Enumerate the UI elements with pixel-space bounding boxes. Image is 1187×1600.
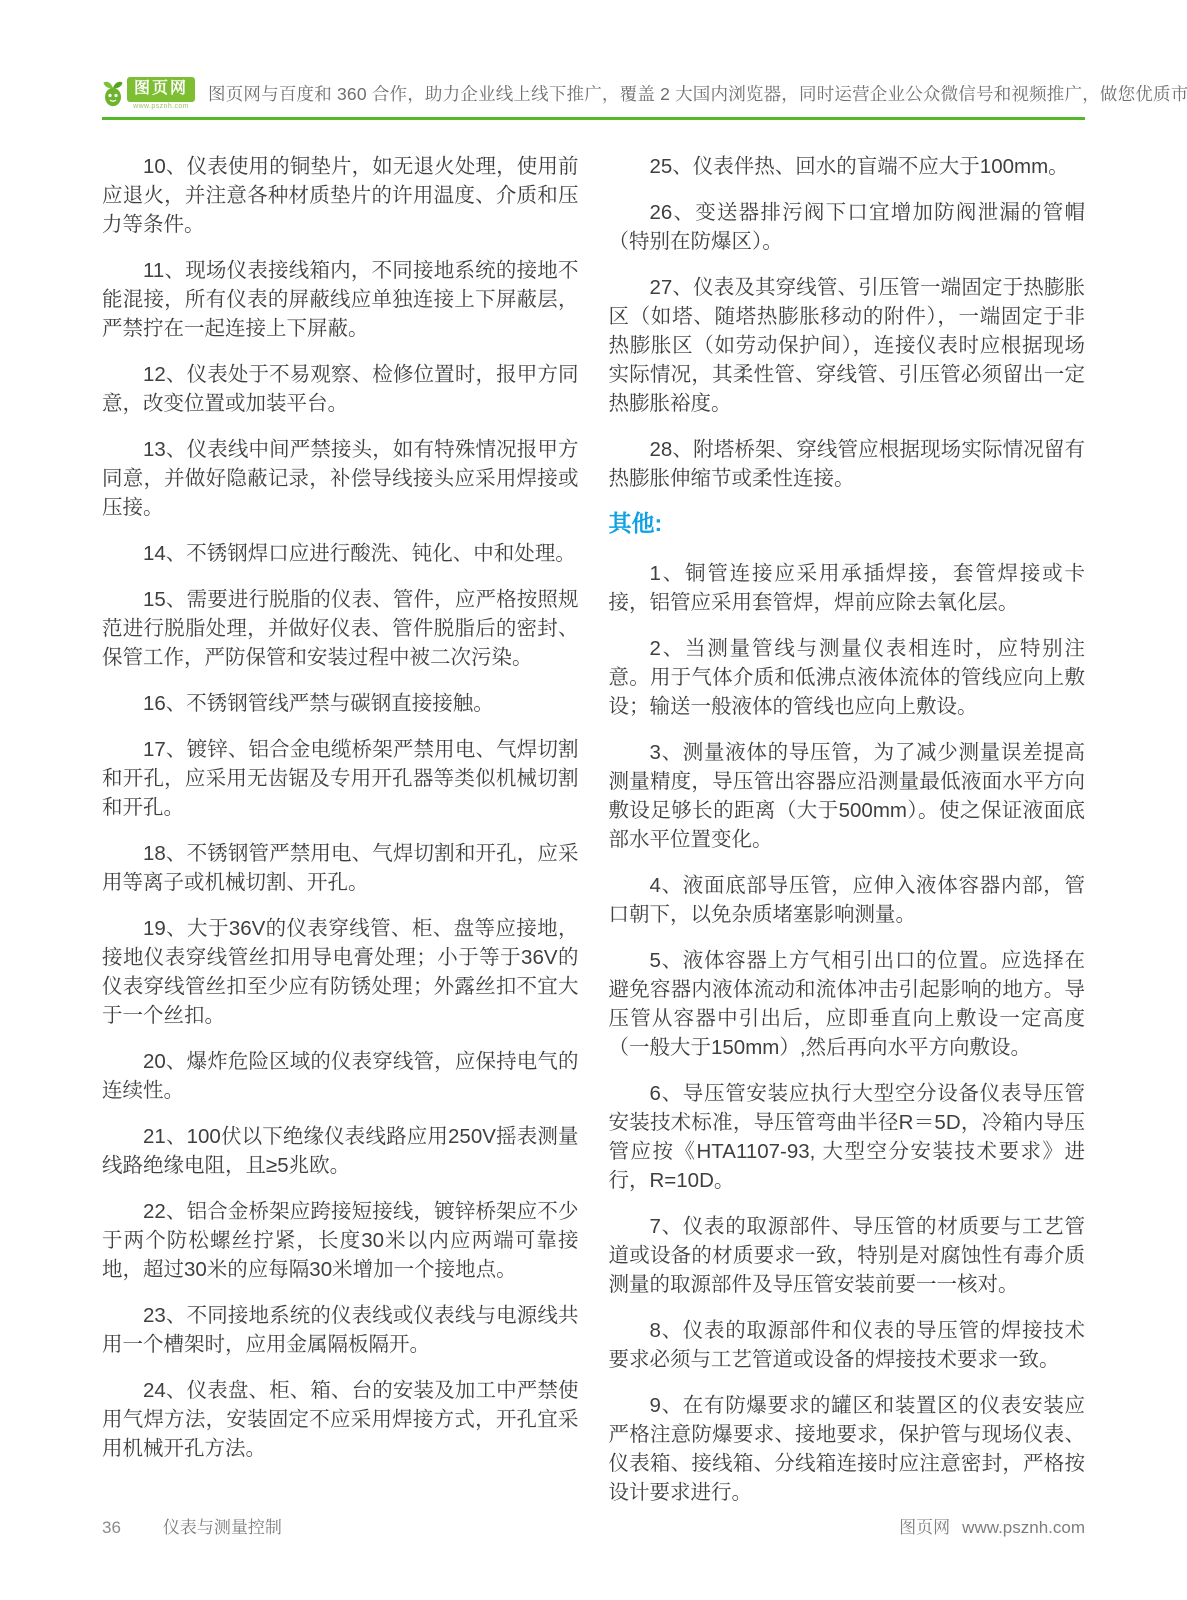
paragraph: 24、仪表盘、柜、箱、台的安装及加工中严禁使用气焊方法，安装固定不应采用焊接方式… xyxy=(102,1376,579,1463)
footer: 36仪表与测量控制 图页网www.psznh.com xyxy=(102,1513,1085,1538)
paragraph: 2、当测量管线与测量仪表相连时，应特别注意。用于气体介质和低沸点液体流体的管线应… xyxy=(609,634,1086,721)
paragraph: 20、爆炸危险区域的仪表穿线管，应保持电气的连续性。 xyxy=(102,1047,579,1105)
header-tagline: 图页网与百度和 360 合作，助力企业线上线下推广，覆盖 2 大国内浏览器，同时… xyxy=(208,81,1187,106)
paragraph: 21、100伏以下绝缘仪表线路应用250V摇表测量线路绝缘电阻，且≥5兆欧。 xyxy=(102,1122,579,1180)
paragraph: 6、导压管安装应执行大型空分设备仪表导压管安装技术标准，导压管弯曲半径R＝5D，… xyxy=(609,1079,1086,1195)
section-heading-others: 其他: xyxy=(609,510,1086,538)
paragraph: 23、不同接地系统的仪表线或仪表线与电源线共用一个槽架时，应用金属隔板隔开。 xyxy=(102,1301,579,1359)
footer-site-name: 图页网 xyxy=(899,1518,950,1537)
paragraph: 3、测量液体的导压管，为了减少测量误差提高测量精度，导压管出容器应沿测量最低液面… xyxy=(609,738,1086,854)
header-divider xyxy=(102,117,1085,120)
paragraph: 13、仪表线中间严禁接头，如有特殊情况报甲方同意，并做好隐蔽记录，补偿导线接头应… xyxy=(102,435,579,522)
paragraph: 17、镀锌、铝合金电缆桥架严禁用电、气焊切割和开孔，应采用无齿锯及专用开孔器等类… xyxy=(102,735,579,822)
paragraph: 5、液体容器上方气相引出口的位置。应选择在避免容器内液体流动和流体冲击引起影响的… xyxy=(609,946,1086,1062)
content-columns: 10、仪表使用的铜垫片，如无退火处理，使用前应退火，并注意各种材质垫片的许用温度… xyxy=(102,152,1085,1524)
paragraph: 10、仪表使用的铜垫片，如无退火处理，使用前应退火，并注意各种材质垫片的许用温度… xyxy=(102,152,579,239)
paragraph: 7、仪表的取源部件、导压管的材质要与工艺管道或设备的材质要求一致，特别是对腐蚀性… xyxy=(609,1212,1086,1299)
paragraph: 28、附塔桥架、穿线管应根据现场实际情况留有热膨胀伸缩节或柔性连接。 xyxy=(609,435,1086,493)
logo: 图页网 www.psznh.com xyxy=(102,77,195,110)
right-column-bottom-items: 1、铜管连接应采用承插焊接，套管焊接或卡接，铝管应采用套管焊，焊前应除去氧化层。… xyxy=(609,559,1086,1507)
paragraph: 18、不锈钢管严禁用电、气焊切割和开孔，应采用等离子或机械切割、开孔。 xyxy=(102,839,579,897)
footer-right: 图页网www.psznh.com xyxy=(899,1513,1085,1538)
logo-small-url: www.psznh.com xyxy=(133,103,189,110)
page-number: 36 xyxy=(102,1518,121,1537)
paragraph: 19、大于36V的仪表穿线管、柜、盘等应接地，接地仪表穿线管丝扣用导电膏处理；小… xyxy=(102,914,579,1030)
right-column-top-items: 25、仪表伴热、回水的盲端不应大于100mm。26、变送器排污阀下口宜增加防阀泄… xyxy=(609,152,1086,493)
paragraph: 4、液面底部导压管，应伸入液体容器内部，管口朝下，以免杂质堵塞影响测量。 xyxy=(609,871,1086,929)
paragraph: 25、仪表伴热、回水的盲端不应大于100mm。 xyxy=(609,152,1086,181)
logo-wordmark: 图页网 xyxy=(127,77,195,102)
paragraph: 12、仪表处于不易观察、检修位置时，报甲方同意，改变位置或加装平台。 xyxy=(102,360,579,418)
header: 图页网 www.psznh.com 图页网与百度和 360 合作，助力企业线上线… xyxy=(102,76,1085,110)
left-column: 10、仪表使用的铜垫片，如无退火处理，使用前应退火，并注意各种材质垫片的许用温度… xyxy=(102,152,579,1524)
paragraph: 15、需要进行脱脂的仪表、管件，应严格按照规范进行脱脂处理，并做好仪表、管件脱脂… xyxy=(102,585,579,672)
right-column: 25、仪表伴热、回水的盲端不应大于100mm。26、变送器排污阀下口宜增加防阀泄… xyxy=(609,152,1086,1524)
logo-wordmark-group: 图页网 www.psznh.com xyxy=(127,77,195,110)
paragraph: 8、仪表的取源部件和仪表的导压管的焊接技术要求必须与工艺管道或设备的焊接技术要求… xyxy=(609,1316,1086,1374)
paragraph: 1、铜管连接应采用承插焊接，套管焊接或卡接，铝管应采用套管焊，焊前应除去氧化层。 xyxy=(609,559,1086,617)
footer-left: 36仪表与测量控制 xyxy=(102,1513,282,1538)
paragraph: 26、变送器排污阀下口宜增加防阀泄漏的管帽（特别在防爆区）。 xyxy=(609,198,1086,256)
paragraph: 16、不锈钢管线严禁与碳钢直接接触。 xyxy=(102,689,579,718)
paragraph: 11、现场仪表接线箱内，不同接地系统的接地不能混接，所有仪表的屏蔽线应单独连接上… xyxy=(102,256,579,343)
footer-section-title: 仪表与测量控制 xyxy=(163,1518,282,1537)
paragraph: 14、不锈钢焊口应进行酸洗、钝化、中和处理。 xyxy=(102,539,579,568)
logo-mascot-icon xyxy=(102,80,124,107)
footer-site-url: www.psznh.com xyxy=(962,1518,1085,1537)
document-page: 图页网 www.psznh.com 图页网与百度和 360 合作，助力企业线上线… xyxy=(0,0,1187,1600)
paragraph: 9、在有防爆要求的罐区和装置区的仪表安装应严格注意防爆要求、接地要求，保护管与现… xyxy=(609,1391,1086,1507)
paragraph: 27、仪表及其穿线管、引压管一端固定于热膨胀区（如塔、随塔热膨胀移动的附件），一… xyxy=(609,273,1086,418)
paragraph: 22、铝合金桥架应跨接短接线，镀锌桥架应不少于两个防松螺丝拧紧，长度30米以内应… xyxy=(102,1197,579,1284)
